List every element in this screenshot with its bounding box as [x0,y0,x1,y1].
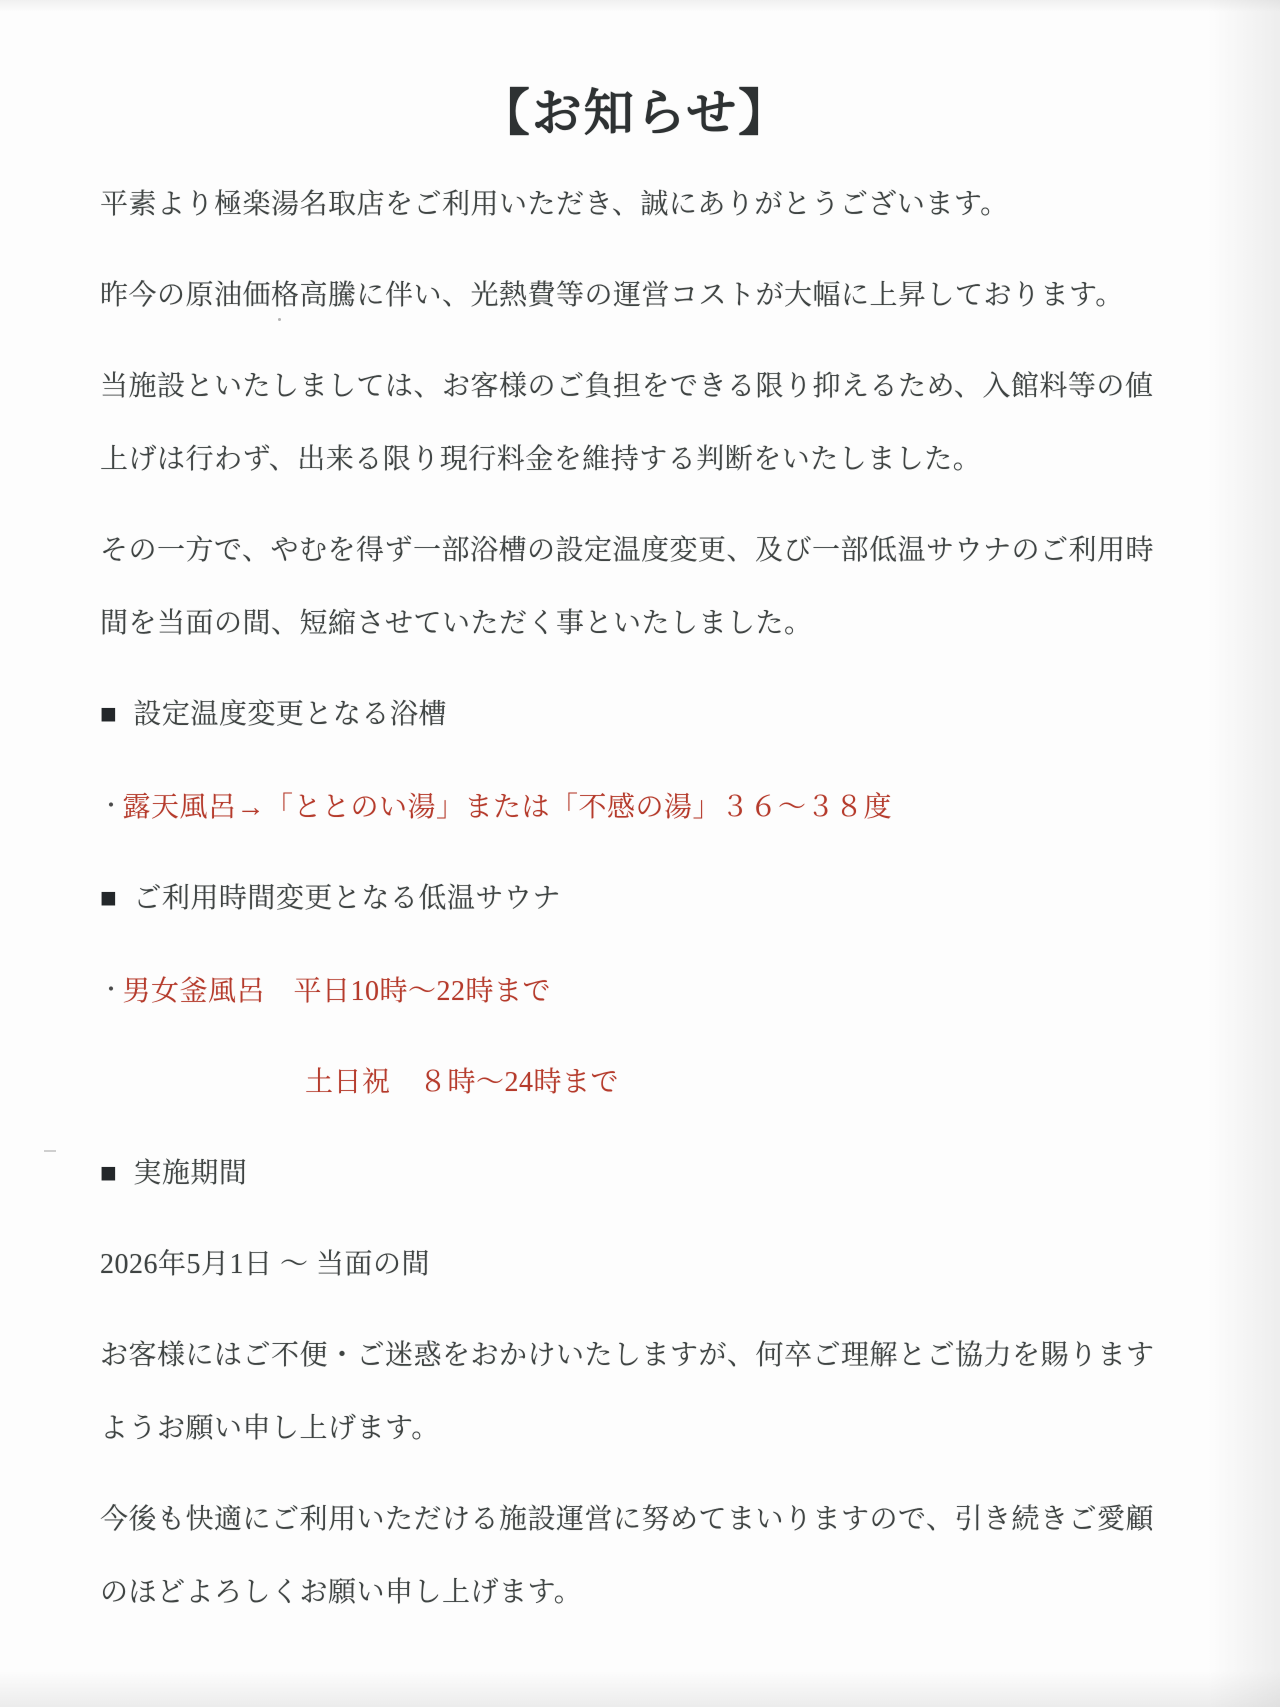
policy-paragraph-line2: 上げは行わず、出来る限り現行料金を維持する判断をいたしました。 [100,445,1170,475]
bullet-marker: ・ [100,977,123,1002]
bullet-marker: ・ [100,793,123,818]
bath-section-header: ■設定温度変更となる浴槽 [100,700,1170,730]
closing-paragraph-line1: 今後も快適にご利用いただける施設運営に努めてまいりますので、引き続きご愛顧 [100,1505,1170,1535]
sauna-weekday-item: ・男女釜風呂 平日10時～22時まで [100,975,1170,1007]
period-value: 2026年5月1日 ～ 当面の間 [100,1250,1170,1280]
bath-section-header-label: 設定温度変更となる浴槽 [133,699,447,730]
notice-document: 【お知らせ】 平素より極楽湯名取店をご利用いただき、誠にありがとうございます。 … [0,0,1280,1707]
black-square-marker: ■ [100,699,117,730]
measures-paragraph-line1: その一方で、やむを得ず一部浴槽の設定温度変更、及び一部低温サウナのご利用時 [100,536,1170,566]
period-section-header: ■実施期間 [100,1159,1170,1189]
measures-paragraph-line2: 間を当面の間、短縮させていただく事といたしました。 [100,609,1170,639]
greeting-paragraph: 平素より極楽湯名取店をご利用いただき、誠にありがとうございます。 [100,190,1170,220]
apology-paragraph-line1: お客様にはご不便・ご迷惑をおかけいたしますが、何卒ご理解とご協力を賜ります [100,1341,1170,1371]
scan-artifact-dot [278,318,281,321]
scan-edge-shadow-right [1208,0,1280,1707]
notice-title: 【お知らせ】 [100,85,1170,141]
sauna-weekday-item-text: 男女釜風呂 平日10時～22時まで [123,976,552,1007]
scan-artifact-dash [44,1150,56,1152]
black-square-marker: ■ [100,1158,117,1189]
black-square-marker: ■ [100,883,117,914]
scan-edge-shadow-top [0,0,1280,12]
policy-paragraph-line1: 当施設といたしましては、お客様のご負担をできる限り抑えるため、入館料等の値 [100,372,1170,402]
closing-paragraph-line2: のほどよろしくお願い申し上げます。 [100,1578,1170,1608]
sauna-section-header: ■ご利用時間変更となる低温サウナ [100,884,1170,914]
period-section-header-label: 実施期間 [133,1158,247,1189]
apology-paragraph-line2: ようお願い申し上げます。 [100,1414,1170,1444]
sauna-weekend-item: 土日祝 ８時～24時まで [305,1068,1170,1098]
bath-change-item-text: 露天風呂→「ととのい湯」または「不感の湯」３６～３８度 [123,792,893,823]
sauna-section-header-label: ご利用時間変更となる低温サウナ [133,883,561,914]
scan-edge-shadow-bottom [0,1671,1280,1707]
cost-context-paragraph: 昨今の原油価格高騰に伴い、光熱費等の運営コストが大幅に上昇しております。 [100,281,1170,311]
bath-change-item: ・露天風呂→「ととのい湯」または「不感の湯」３６～３８度 [100,791,1170,823]
